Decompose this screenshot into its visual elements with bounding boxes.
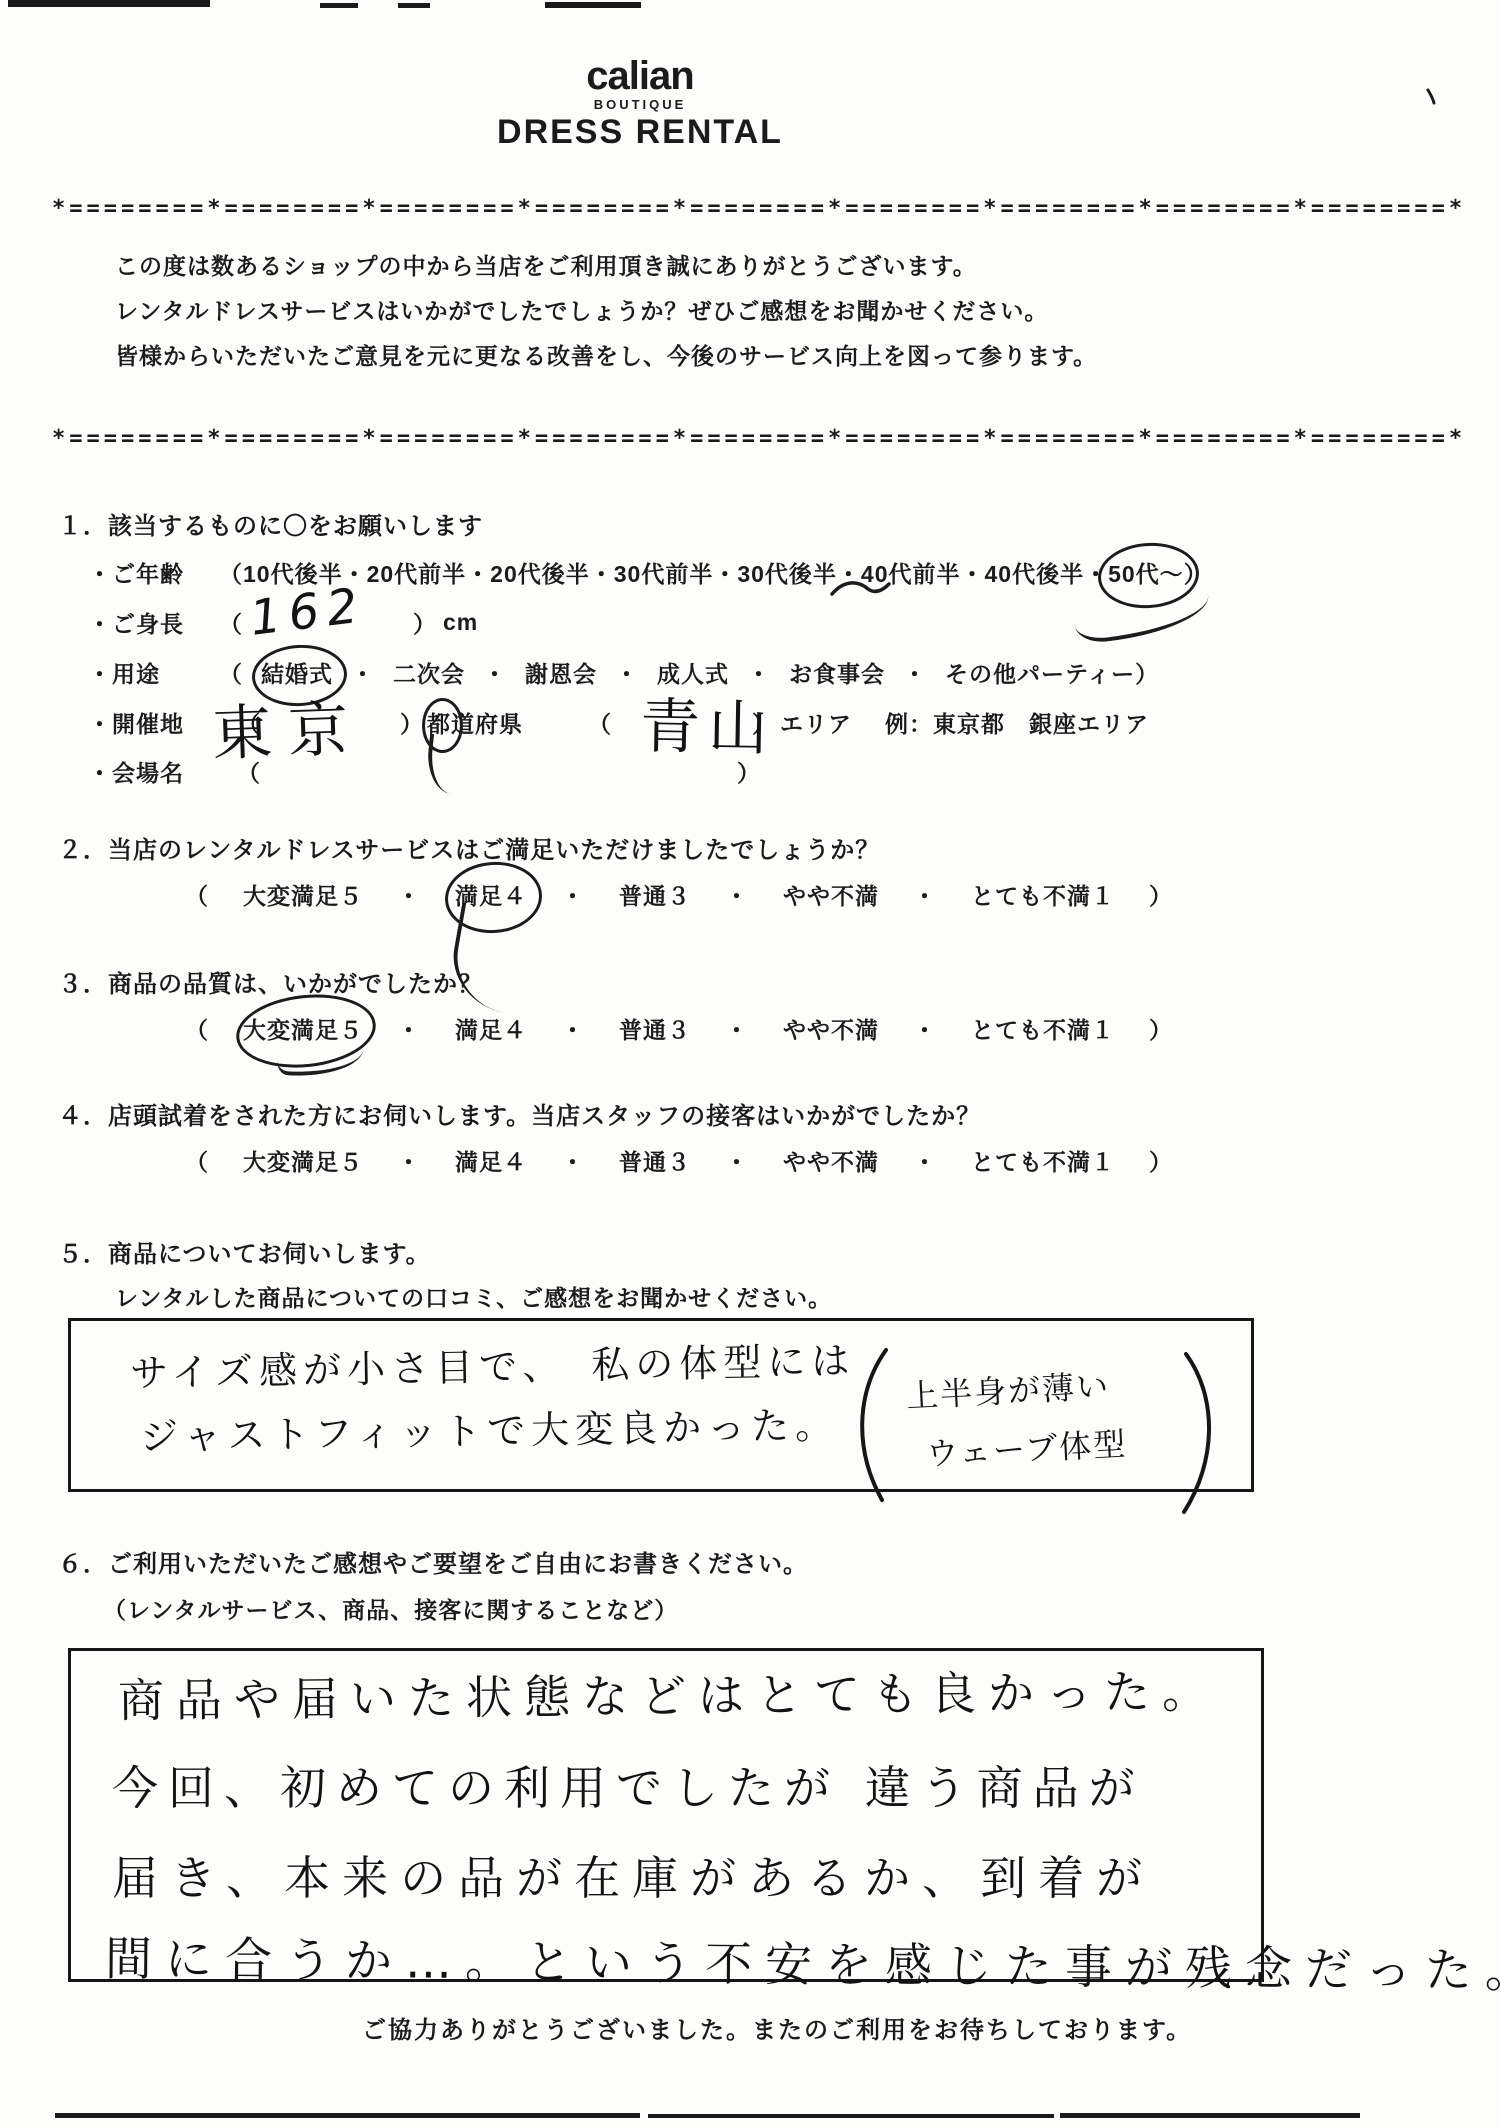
q2-option-5: とても不満１ — [971, 878, 1115, 911]
intro-line-1: この度は数あるショップの中から当店をご利用頂き誠にありがとうございます。 — [115, 248, 977, 281]
q4-option-5: とても不満１ — [971, 1144, 1115, 1177]
dot-separator: ・ — [397, 1012, 421, 1045]
q1-area-example: 例：東京都 銀座エリア — [885, 706, 1149, 739]
q3-circled-option: 大変満足５ — [243, 1012, 363, 1045]
q4-open-paren: （ — [185, 1144, 209, 1177]
q1-purpose-option-2: 二次会 — [393, 656, 465, 689]
q4-scale-row: （ 大変満足５ ・ 満足４ ・ 普通３ ・ やや不満 ・ とても不満１ ） — [185, 1144, 1173, 1177]
q1-venue-open-paren-2: （ — [588, 706, 612, 739]
q4-close-paren: ） — [1149, 1144, 1173, 1177]
handwritten-area: 青山 — [639, 679, 776, 767]
q1-purpose-open-paren: （ — [219, 656, 243, 689]
q1-heading: １．該当するものに〇をお願いします — [58, 506, 483, 541]
q5-heading: ５．商品についてお伺いします。 — [58, 1234, 431, 1269]
scan-artifact-bottom-3 — [1060, 2113, 1360, 2118]
q2-scale-row: （ 大変満足５ ・ 満足４ ・ 普通３ ・ やや不満 ・ とても不満１ ） — [185, 878, 1173, 911]
scan-artifact-top-4 — [545, 2, 641, 8]
dot-separator: ・ — [615, 656, 639, 689]
scan-artifact-top-2 — [320, 3, 358, 8]
footer-thanks: ご協力ありがとうございました。またのご利用をお待ちしております。 — [362, 2010, 1192, 2045]
q2-option-1: 大変満足５ — [243, 878, 363, 911]
q4-option-2: 満足４ — [455, 1144, 527, 1177]
scan-artifact-top-1 — [8, 0, 210, 7]
q3-option-4: やや不満 — [783, 1012, 879, 1045]
q4-option-3: 普通３ — [619, 1144, 691, 1177]
dot-separator: ・ — [903, 656, 927, 689]
handwritten-prefecture: 東京 — [211, 681, 366, 772]
q1-height-label: ・ご身長 — [88, 606, 219, 639]
q1-purpose-row: ・用途 （ 結婚式 ・ 二次会 ・ 謝恩会 ・ 成人式 ・ お食事会 ・ その他… — [88, 656, 1159, 689]
q4-option-1: 大変満足５ — [243, 1144, 363, 1177]
dot-separator: ・ — [397, 878, 421, 911]
q1-venue-area-label: ・開催地 — [88, 706, 184, 739]
scan-artifact-top-3 — [398, 3, 430, 8]
dot-separator: ・ — [561, 1144, 585, 1177]
q2-heading: ２．当店のレンタルドレスサービスはご満足いただけましたでしょうか？ — [58, 830, 880, 865]
q6-handwritten-line-4: 間に合うか…。という不安を感じた事が残念だった。 — [105, 1922, 1500, 2002]
q2-option-4: やや不満 — [783, 878, 879, 911]
q1-purpose-option-5: お食事会 — [789, 656, 885, 689]
q1-age-label: ・ご年齢 — [88, 556, 219, 589]
q1-height-unit: cm — [443, 609, 478, 636]
separator-line-bottom: *========*========*========*========*===… — [52, 426, 1466, 451]
dot-separator: ・ — [725, 878, 749, 911]
brand-logo: calian — [290, 56, 990, 96]
q3-open-paren: （ — [185, 1012, 209, 1045]
brand-sub-label: BOUTIQUE — [290, 98, 990, 111]
q4-option-4: やや不満 — [783, 1144, 879, 1177]
intro-line-2: レンタルドレスサービスはいかがでしたでしょうか？ぜひご感想をお聞かせください。 — [115, 293, 1048, 326]
q1-age-circled-option: 50代～ — [1108, 556, 1184, 589]
q4-heading: ４．店頭試着をされた方にお伺いします。当店スタッフの接客はいかがでしたか？ — [58, 1096, 981, 1131]
q1-age-row: ・ご年齢（10代後半・20代前半・20代後半・30代前半・30代後半・40代前半… — [88, 556, 1208, 589]
scanned-survey-page: calian BOUTIQUE DRESS RENTAL *========*=… — [0, 0, 1500, 2127]
q2-option-3: 普通３ — [619, 878, 691, 911]
q1-purpose-label: ・用途 — [88, 656, 219, 689]
header: calian BOUTIQUE DRESS RENTAL — [290, 56, 990, 149]
q3-option-5: とても不満１ — [971, 1012, 1115, 1045]
q2-open-paren: （ — [185, 878, 209, 911]
dot-separator: ・ — [561, 1012, 585, 1045]
q3-option-3: 普通３ — [619, 1012, 691, 1045]
q5-sub-heading: レンタルした商品についての口コミ、ご感想をお聞かせください。 — [115, 1280, 832, 1313]
dot-separator: ・ — [913, 1012, 937, 1045]
page-title: DRESS RENTAL — [290, 115, 990, 149]
q1-purpose-option-6: その他パーティー） — [945, 656, 1159, 689]
dot-separator: ・ — [725, 1012, 749, 1045]
q1-venue-name-open-paren: （ — [237, 755, 261, 788]
dot-separator: ・ — [913, 1144, 937, 1177]
q2-close-paren: ） — [1149, 878, 1173, 911]
q1-venue-name-close-paren: ） — [737, 755, 761, 788]
q3-scale-row: （ 大変満足５ ・ 満足４ ・ 普通３ ・ やや不満 ・ とても不満１ ） — [185, 1012, 1173, 1045]
dot-separator: ・ — [561, 878, 585, 911]
q6-handwritten-line-1: 商品や届いた状態などはとても良かった。 — [118, 1655, 1221, 1731]
q2-circled-option: 満足４ — [455, 878, 527, 911]
dot-separator: ・ — [483, 656, 507, 689]
separator-line-top: *========*========*========*========*===… — [52, 196, 1466, 221]
q3-close-paren: ） — [1149, 1012, 1173, 1045]
q1-purpose-option-3: 謝恩会 — [525, 656, 597, 689]
q6-sub-heading: （レンタルサービス、商品、接客に関することなど） — [103, 1592, 678, 1625]
q1-height-open-paren: （ — [219, 606, 243, 639]
q1-area-suffix: エリア — [780, 706, 852, 739]
q3-heading: ３．商品の品質は、いかがでしたか？ — [58, 964, 483, 999]
q1-pref-circled-char: 都 — [427, 706, 451, 739]
q6-heading: ６．ご利用いただいたご感想やご要望をご自由にお書きください。 — [58, 1544, 808, 1579]
q6-handwritten-line-3: 届き、本来の品が在庫があるか、到着が — [112, 1842, 1154, 1908]
q1-height-close-paren: ） — [413, 606, 437, 639]
scan-artifact-bottom-2 — [648, 2114, 1054, 2118]
q1-venue-close-paren-1: ） — [400, 706, 424, 739]
q6-handwritten-line-2: 今回、初めての利用でしたが 違う商品が — [112, 1752, 1145, 1818]
dot-separator: ・ — [397, 1144, 421, 1177]
scan-mark-apostrophe — [1428, 90, 1434, 103]
q1-pref-suffix: 都道府県 — [427, 706, 523, 739]
q1-pref-rest: 道府県 — [451, 711, 523, 737]
dot-separator: ・ — [913, 878, 937, 911]
dot-separator: ・ — [725, 1144, 749, 1177]
intro-line-3: 皆様からいただいたご意見を元に更なる改善をし、今後のサービス向上を図って参ります… — [115, 338, 1097, 371]
q1-venue-name-label: ・会場名 — [88, 755, 184, 788]
q3-option-2: 満足４ — [455, 1012, 527, 1045]
scan-artifact-bottom-1 — [55, 2113, 640, 2118]
